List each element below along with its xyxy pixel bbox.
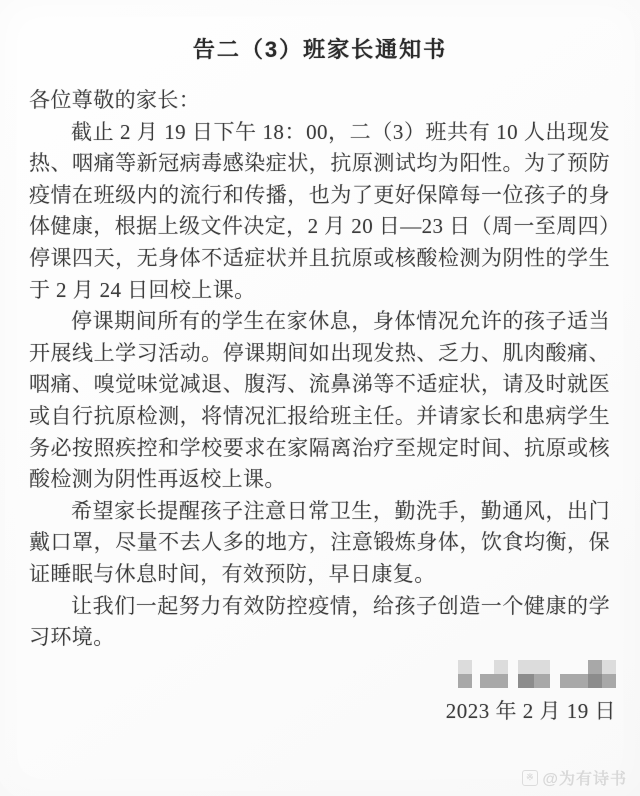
notice-document: 告二（3）班家长通知书 各位尊敬的家长： 截止 2 月 19 日下午 18：00… <box>0 0 640 796</box>
watermark: ※ @为有诗书 <box>522 766 627 789</box>
mosaic-cluster <box>480 660 508 688</box>
document-title: 告二（3）班家长通知书 <box>0 0 640 63</box>
document-body: 各位尊敬的家长： 截止 2 月 19 日下午 18：00，二（3）班共有 10 … <box>29 85 610 654</box>
watermark-logo-icon: ※ <box>522 770 538 786</box>
mosaic-cluster <box>518 660 550 688</box>
censored-signature-mosaic <box>446 660 616 688</box>
signature-block: 2023 年 2 月 19 日 <box>446 660 616 725</box>
paragraph-1: 截止 2 月 19 日下午 18：00，二（3）班共有 10 人出现发热、咽痛等… <box>29 117 610 307</box>
paragraph-4: 让我们一起努力有效防控疫情，给孩子创造一个健康的学习环境。 <box>29 591 610 654</box>
mosaic-cluster <box>560 660 616 688</box>
paragraph-2: 停课期间所有的学生在家休息，身体情况允许的孩子适当开展线上学习活动。停课期间如出… <box>29 306 610 496</box>
paragraph-3: 希望家长提醒孩子注意日常卫生，勤洗手，勤通风，出门戴口罩，尽量不去人多的地方，注… <box>29 496 610 591</box>
document-date: 2023 年 2 月 19 日 <box>446 695 616 725</box>
watermark-text: @为有诗书 <box>542 766 627 789</box>
mosaic-cluster <box>458 660 472 688</box>
salutation: 各位尊敬的家长： <box>29 85 610 117</box>
